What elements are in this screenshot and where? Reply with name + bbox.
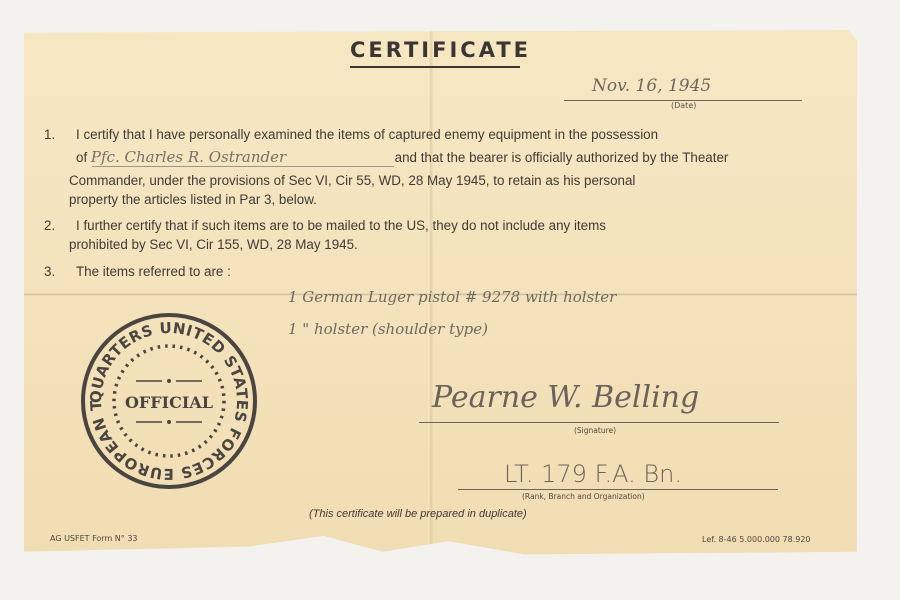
rank-value: LT. 179 F.A. Bn. <box>504 460 682 488</box>
bearer-name-line <box>92 166 394 167</box>
official-seal-icon: HEADQUARTERS UNITED STATES FORCES EUROPE… <box>80 312 258 490</box>
form-number: AG USFET Form N° 33 <box>50 534 138 543</box>
signature-line <box>419 422 779 423</box>
date-value: Nov. 16, 1945 <box>592 76 711 96</box>
paragraph-3-text: The items referred to are : <box>76 264 231 279</box>
paragraph-2-line-2: prohibited by Sec VI, Cir 155, WD, 28 Ma… <box>69 235 358 254</box>
item-1: 1 German Luger pistol # 9278 with holste… <box>288 288 616 306</box>
page-title: CERTIFICATE <box>350 38 531 62</box>
paragraph-3-number: 3. <box>44 262 76 281</box>
paragraph-2-line-1: 2.I further certify that if such items a… <box>44 216 606 235</box>
signature-label: (Signature) <box>574 426 616 435</box>
rank-label: (Rank, Branch and Organization) <box>522 492 645 501</box>
paragraph-1-line-4: property the articles listed in Par 3, b… <box>69 190 317 209</box>
footer-note: (This certificate will be prepared in du… <box>309 508 527 520</box>
title-underline <box>350 66 520 68</box>
paragraph-3-line-1: 3.The items referred to are : <box>44 262 231 281</box>
rank-line <box>458 489 778 490</box>
certificate-paper: CERTIFICATE Nov. 16, 1945 (Date) 1.I cer… <box>24 30 857 557</box>
seal-center-text: OFFICIAL <box>125 393 213 412</box>
paragraph-1-number: 1. <box>44 125 76 144</box>
paragraph-2-text: I further certify that if such items are… <box>76 218 606 233</box>
print-code: Lef. 8-46 5.000.000 78.920 <box>702 535 811 544</box>
paragraph-1-line-1: 1.I certify that I have personally exami… <box>44 125 658 144</box>
date-label: (Date) <box>671 101 696 110</box>
signature-value: Pearne W. Belling <box>432 380 699 415</box>
of-prefix: of <box>76 150 87 165</box>
paragraph-1-line-3: Commander, under the provisions of Sec V… <box>69 171 635 190</box>
paragraph-2-number: 2. <box>44 216 76 235</box>
item-2: 1 " holster (shoulder type) <box>288 320 488 338</box>
paragraph-1-text-2: and that the bearer is officially author… <box>395 150 729 165</box>
paragraph-1-text: I certify that I have personally examine… <box>76 127 658 142</box>
bearer-name: Pfc. Charles R. Ostrander <box>91 148 391 167</box>
paragraph-1-line-2: of Pfc. Charles R. Ostrander and that th… <box>76 148 728 167</box>
